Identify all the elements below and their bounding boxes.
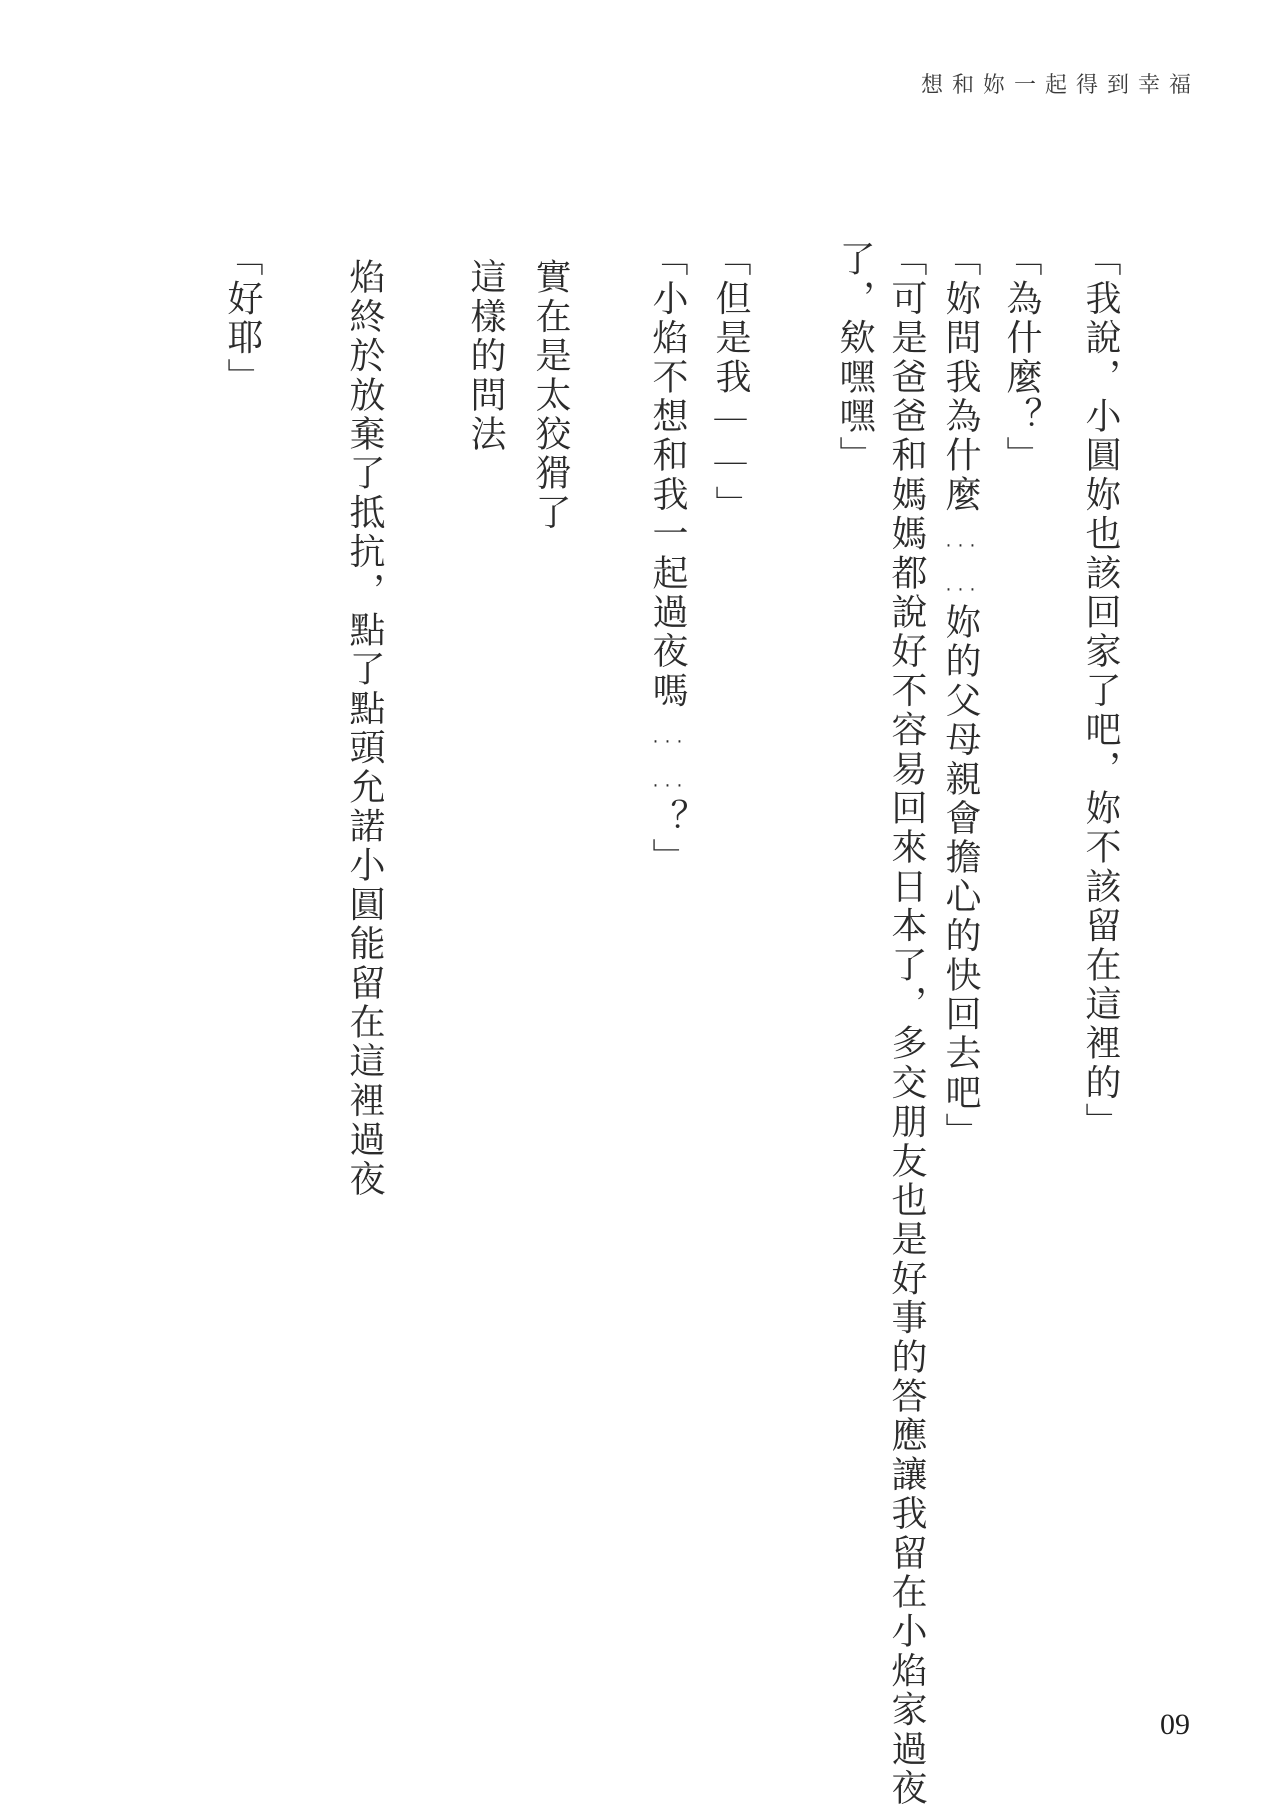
text-line-7: 「小焰不想和我一起過夜嗎……？」: [647, 240, 687, 877]
text-line-11: 「好耶」: [222, 240, 262, 397]
text-line-2: 「為什麼？」: [1001, 240, 1041, 475]
running-header-title: 想和妳一起得到幸福: [921, 68, 1200, 99]
text-line-6: 「但是我——」: [710, 240, 750, 524]
vertical-body-text: 「我說，小圓妳也該回家了吧，妳不該留在這裡的」 「為什麼？」 「妳問我為什麼………: [0, 240, 1280, 1640]
text-line-4: 「可是爸爸和媽媽都說好不容易回來日本了，多交朋友也是好事的答應讓我留在小焰家過夜: [886, 240, 926, 1808]
page-number: 09: [1160, 1708, 1190, 1742]
text-line-1: 「我說，小圓妳也該回家了吧，妳不該留在這裡的」: [1080, 240, 1120, 1142]
text-line-8: 實在是太狡猾了: [530, 258, 570, 532]
text-line-9: 這樣的問法: [465, 258, 505, 454]
text-line-10: 焰終於放棄了抵抗，點了點頭允諾小圓能留在這裡過夜: [344, 258, 384, 1199]
text-line-3: 「妳問我為什麼……妳的父母親會擔心的快回去吧」: [940, 240, 980, 1152]
text-line-5: 了，欸嘿嘿」: [834, 240, 874, 475]
